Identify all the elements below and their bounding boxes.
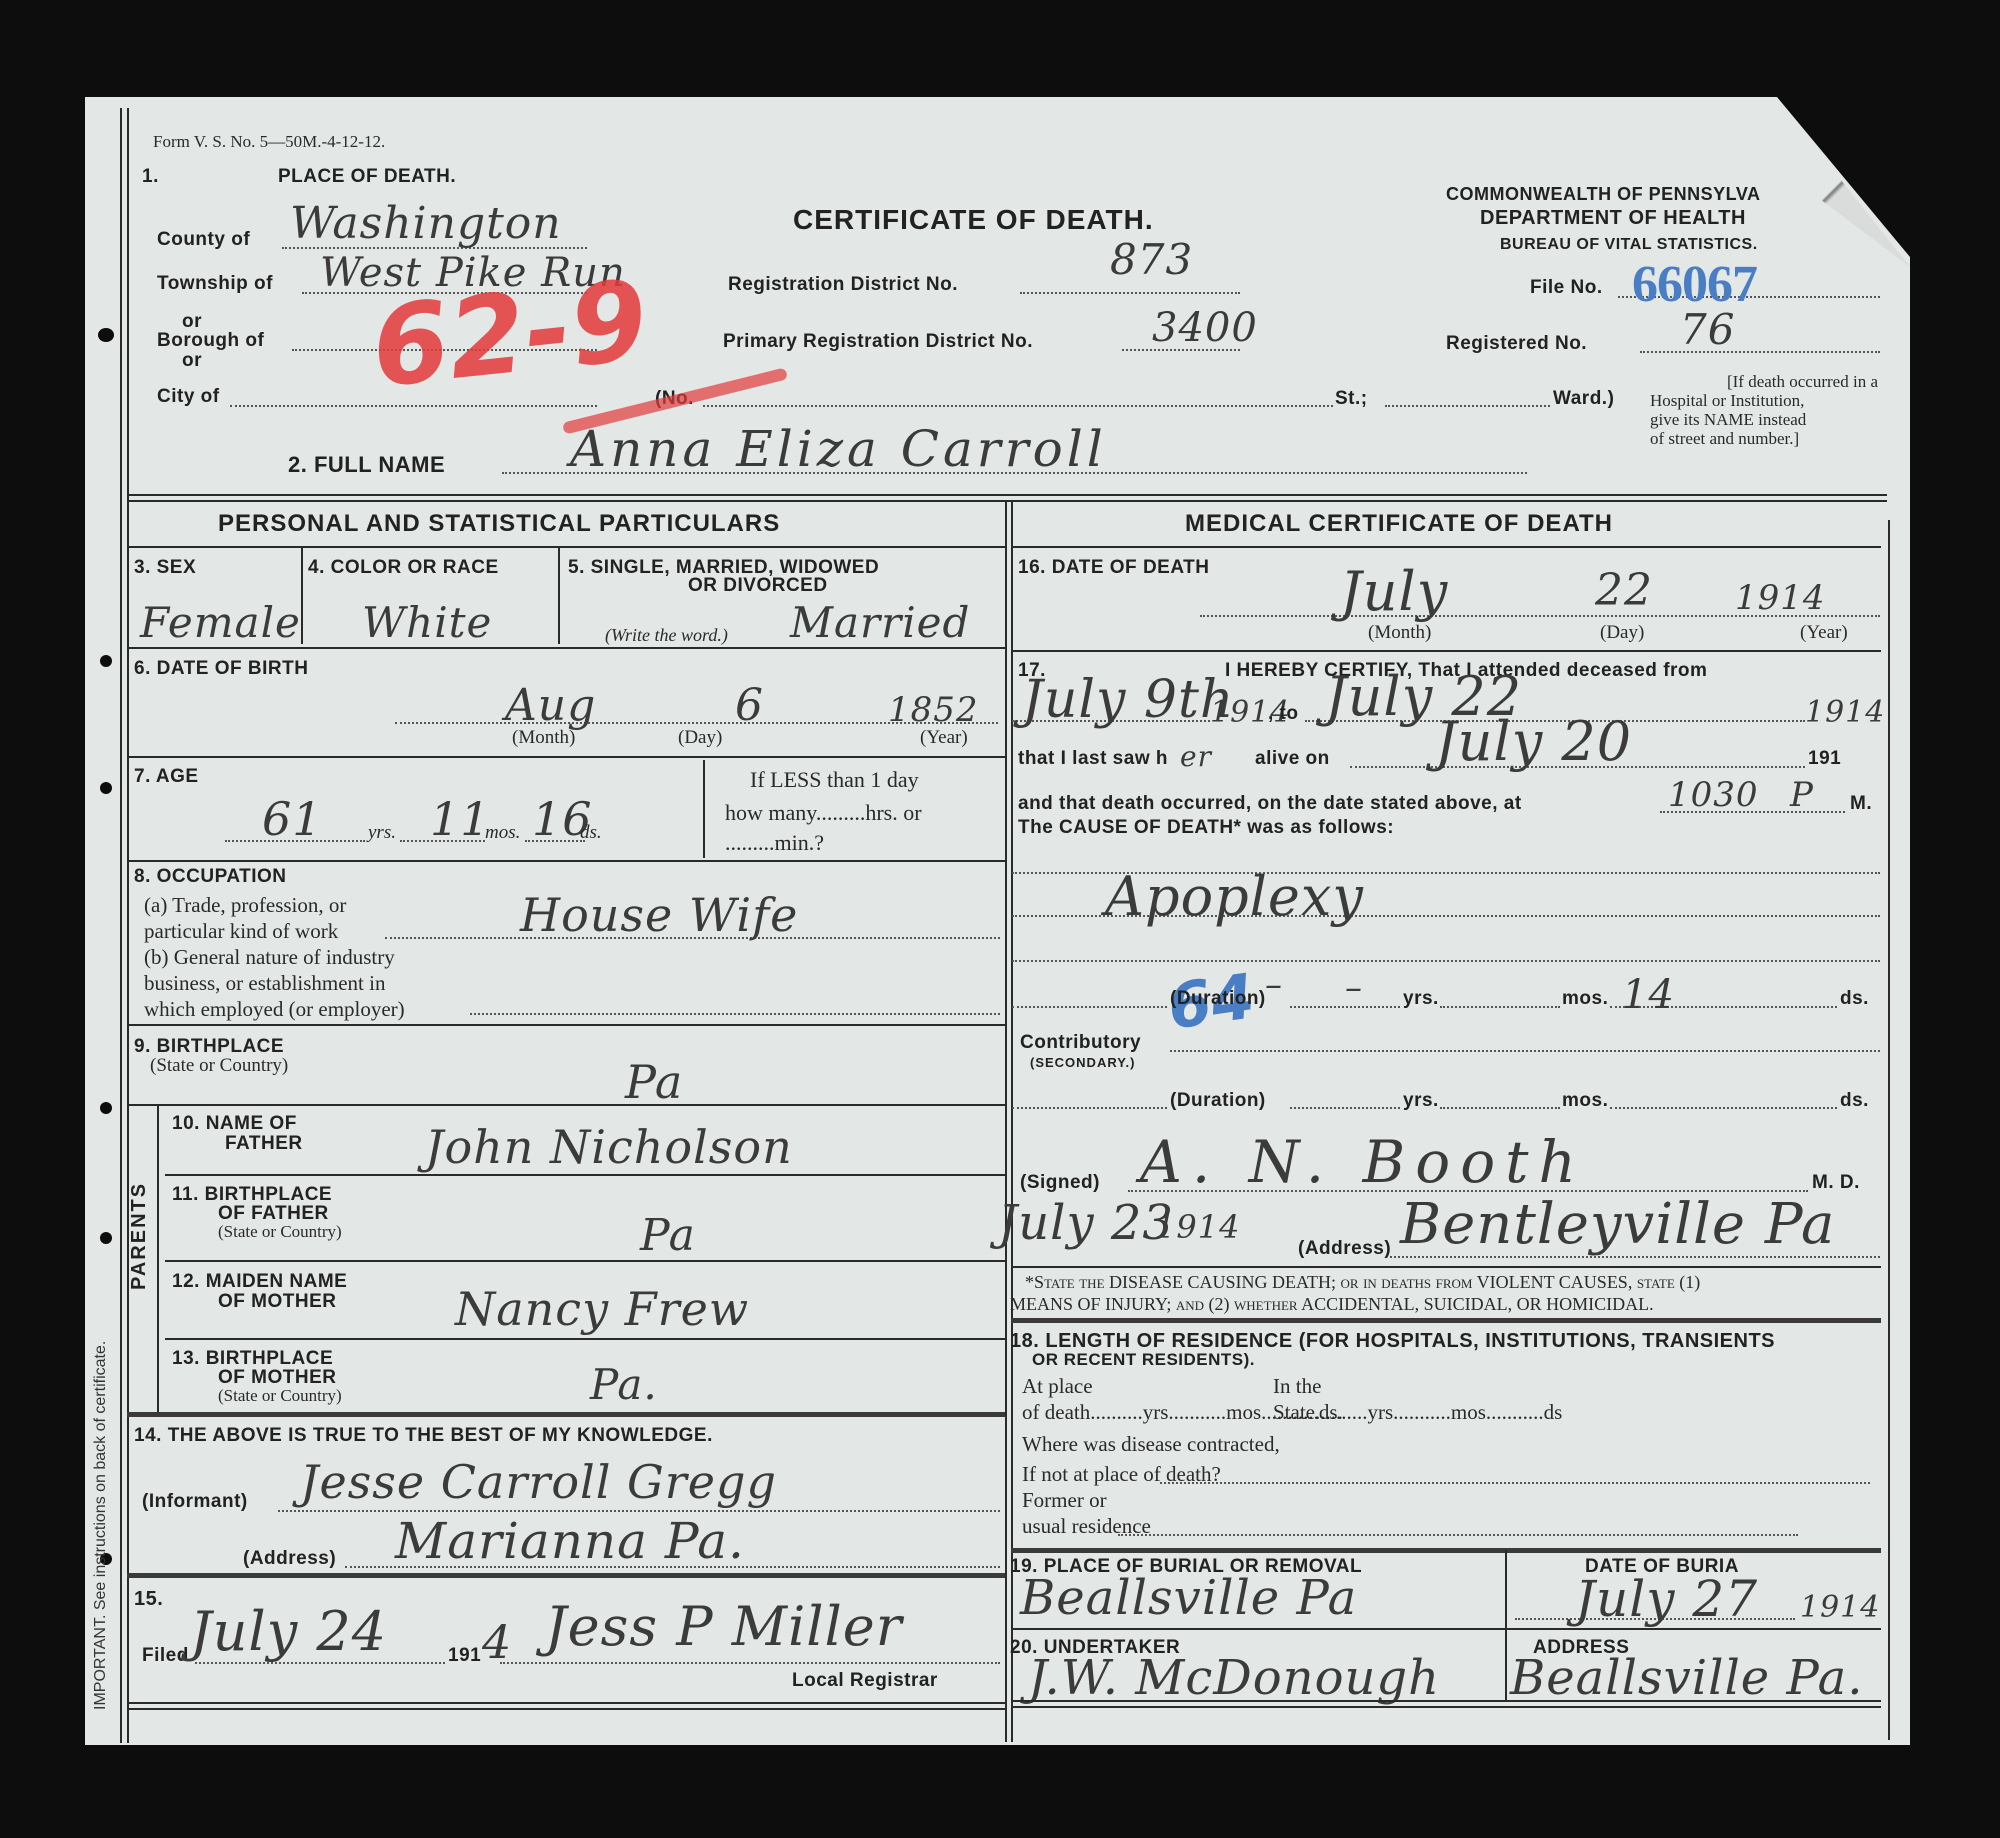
contributory-line — [1170, 1050, 1880, 1052]
divider — [301, 548, 303, 644]
divider — [127, 647, 1005, 649]
age-years[interactable]: 61 — [262, 792, 323, 846]
dod-label: 16. DATE OF DEATH — [1018, 557, 1209, 579]
undertaker-name[interactable]: J.W. McDonough — [1028, 1650, 1440, 1706]
informant-label: (Informant) — [142, 1491, 248, 1513]
death-time[interactable]: 1030 — [1668, 775, 1759, 815]
residence-label-2: OR RECENT RESIDENTS). — [1032, 1350, 1255, 1370]
less-day-3: .........min.? — [725, 830, 824, 856]
parents-divider — [157, 1104, 159, 1414]
signed-label: (Signed) — [1020, 1172, 1100, 1194]
age-label: 7. AGE — [134, 766, 199, 788]
state-country-hint: (State or Country) — [218, 1222, 342, 1242]
burial-date[interactable]: July 27 — [1575, 1570, 1758, 1628]
day-hint: (Day) — [1600, 622, 1644, 644]
duration-label: (Duration) — [1170, 988, 1266, 1010]
physician-signature[interactable]: A. N. Booth — [1140, 1128, 1586, 1196]
at-place-label: At place — [1022, 1374, 1093, 1399]
agency-department: DEPARTMENT OF HEALTH — [1480, 207, 1746, 230]
less-day-2: how many.........hrs. or — [725, 800, 922, 826]
registrar-line — [500, 1662, 1000, 1664]
divider — [127, 1702, 1005, 1704]
divider — [165, 1174, 1005, 1176]
agency-commonwealth: COMMONWEALTH OF PENNSYLVA — [1446, 184, 1760, 205]
marital-label-2: OR DIVORCED — [688, 575, 828, 597]
burial-year[interactable]: 1914 — [1800, 1590, 1880, 1625]
divider — [127, 1024, 1005, 1026]
marital-value[interactable]: Married — [790, 598, 970, 647]
dod-day[interactable]: 22 — [1595, 565, 1653, 616]
divider — [1011, 1700, 1881, 1702]
last-saw-pronoun[interactable]: er — [1180, 740, 1212, 773]
sex-label: 3. SEX — [134, 557, 196, 579]
divider — [127, 1573, 1005, 1578]
dob-year[interactable]: 1852 — [888, 690, 979, 730]
divider — [1011, 1548, 1881, 1553]
ward-label: Ward.) — [1553, 388, 1614, 410]
race-value[interactable]: White — [362, 598, 492, 647]
divider — [1011, 1266, 1881, 1268]
dod-year[interactable]: 1914 — [1735, 578, 1826, 618]
attended-from[interactable]: July 9th — [1022, 670, 1234, 730]
father-name[interactable]: John Nicholson — [425, 1120, 793, 1174]
divider — [1011, 1318, 1881, 1323]
divider — [127, 546, 1005, 548]
agency-bureau: BUREAU OF VITAL STATISTICS. — [1500, 236, 1758, 254]
in-state-fields[interactable]: State..........yrs...........mos........… — [1273, 1400, 1562, 1425]
margin-instructions-note: IMPORTANT. See instructions on back of c… — [92, 1341, 110, 1710]
year-hint: (Year) — [1800, 622, 1848, 644]
divider — [558, 548, 560, 644]
divider — [1011, 650, 1881, 652]
medical-section-title: MEDICAL CERTIFICATE OF DEATH — [1185, 510, 1613, 538]
month-hint: (Month) — [512, 727, 575, 749]
place-of-death-label: PLACE OF DEATH. — [278, 166, 456, 188]
undertaker-address[interactable]: Beallsville Pa. — [1510, 1650, 1863, 1706]
cause-footnote-2: MEANS OF INJURY; and (2) whether ACCIDEN… — [1010, 1294, 1654, 1315]
street-line — [703, 405, 1333, 407]
signed-year[interactable]: 1914 — [1155, 1208, 1240, 1246]
informant-address-label: (Address) — [243, 1548, 336, 1570]
primary-district-label: Primary Registration District No. — [723, 331, 1033, 353]
divider — [127, 500, 1887, 502]
secondary-label: (SECONDARY.) — [1030, 1055, 1135, 1070]
duration-mos[interactable]: – — [1345, 968, 1363, 1008]
occupation-label: 8. OCCUPATION — [134, 866, 287, 888]
mother-birthplace-value[interactable]: Pa. — [590, 1360, 658, 1409]
divider — [165, 1260, 1005, 1262]
cause-line — [1012, 960, 1880, 962]
divider — [127, 756, 1005, 758]
divider — [127, 494, 1887, 496]
physician-address[interactable]: Bentleyville Pa — [1400, 1192, 1835, 1257]
duration-mos-line — [1440, 1006, 1560, 1008]
race-label: 4. COLOR OR RACE — [308, 557, 499, 579]
cause-footnote-1: *State the DISEASE CAUSING DEATH; or in … — [1025, 1272, 1700, 1293]
signed-date[interactable]: July 23 — [998, 1195, 1174, 1251]
frame-left-outer — [120, 108, 122, 1743]
punch-hole — [98, 328, 114, 342]
divider — [703, 760, 705, 858]
mos-label: mos. — [1562, 1090, 1608, 1112]
yrs-label: yrs. — [368, 822, 396, 844]
full-name-value[interactable]: Anna Eliza Carroll — [570, 420, 1107, 478]
father-label: 10. NAME OF — [172, 1113, 297, 1135]
city-label: City of — [157, 386, 220, 408]
divider — [127, 1104, 1005, 1106]
occupation-value[interactable]: House Wife — [520, 888, 798, 942]
mos-label: mos. — [485, 822, 520, 844]
duration-label: (Duration) — [1170, 1090, 1266, 1112]
cause-label: The CAUSE OF DEATH* was as follows: — [1018, 817, 1394, 839]
street-label: St.; — [1335, 388, 1368, 410]
marital-hint: (Write the word.) — [605, 625, 728, 646]
registered-no-line — [1640, 351, 1880, 353]
punch-hole — [100, 782, 112, 794]
registration-district-value[interactable]: 873 — [1110, 235, 1193, 284]
yrs-label: yrs. — [1403, 1090, 1439, 1112]
last-saw-date[interactable]: July 20 — [1435, 710, 1632, 773]
divider — [127, 1412, 1005, 1417]
file-no-label: File No. — [1530, 277, 1603, 299]
month-hint: (Month) — [1368, 622, 1431, 644]
divider — [1505, 1550, 1507, 1702]
county-value[interactable]: Washington — [290, 198, 562, 249]
mother-label: 12. MAIDEN NAME — [172, 1271, 347, 1293]
punch-hole — [100, 1232, 112, 1244]
m-label: M. — [1850, 793, 1872, 815]
contracted-line[interactable] — [1160, 1482, 1870, 1484]
divider — [127, 1708, 1005, 1710]
registration-district-label: Registration District No. — [728, 274, 958, 296]
filed-year-prefix: 191 — [448, 1645, 481, 1667]
filing-num: 15. — [134, 1588, 163, 1611]
dob-day[interactable]: 6 — [735, 680, 764, 731]
informant-statement: 14. THE ABOVE IS TRUE TO THE BEST OF MY … — [134, 1425, 713, 1447]
ds-label: ds. — [580, 822, 602, 844]
last-saw-year: 191 — [1808, 748, 1841, 770]
dob-label: 6. DATE OF BIRTH — [134, 658, 308, 680]
death-ampm[interactable]: P — [1790, 775, 1814, 815]
attended-to-year[interactable]: 1914 — [1805, 695, 1885, 730]
former-residence-label: Former or — [1022, 1488, 1107, 1513]
filed-label: Filed — [142, 1645, 189, 1667]
frame-right — [1888, 520, 1890, 1740]
ds-label: ds. — [1840, 1090, 1869, 1112]
filed-year-suffix[interactable]: 4 — [482, 1615, 512, 1669]
last-saw-label: that I last saw h — [1018, 748, 1168, 770]
or-label: or — [182, 350, 202, 372]
burial-place[interactable]: Beallsville Pa — [1020, 1570, 1357, 1626]
dob-month[interactable]: Aug — [505, 680, 596, 731]
in-state-label: In the — [1273, 1374, 1321, 1399]
divider — [165, 1338, 1005, 1340]
physician-address-label: (Address) — [1298, 1238, 1391, 1260]
former-residence-line[interactable] — [1118, 1534, 1798, 1536]
duration-mos-line — [1440, 1107, 1560, 1109]
father-label-2: FATHER — [225, 1133, 303, 1155]
mother-label-2: OF MOTHER — [218, 1291, 337, 1313]
registrar-label: Local Registrar — [792, 1670, 938, 1692]
contracted-label: Where was disease contracted, — [1022, 1432, 1280, 1457]
to-label: , to — [1268, 703, 1299, 725]
mos-label: mos. — [1562, 988, 1608, 1010]
occupation-b-label: (b) General nature of industrybusiness, … — [144, 944, 405, 1022]
duration-ds-line — [1610, 1107, 1837, 1109]
occupation-a-label: (a) Trade, profession, orparticular kind… — [144, 892, 346, 944]
borough-label: Borough of — [157, 330, 264, 352]
mother-maiden-name[interactable]: Nancy Frew — [455, 1282, 749, 1336]
duration-yrs[interactable]: – — [1265, 965, 1283, 1005]
registered-no-label: Registered No. — [1446, 333, 1587, 355]
form-id: Form V. S. No. 5—50M.-4-12-12. — [153, 132, 385, 152]
divider — [127, 860, 1005, 862]
age-months[interactable]: 11 — [430, 792, 491, 846]
county-label: County of — [157, 229, 250, 251]
full-name-label: 2. FULL NAME — [288, 452, 445, 478]
death-time-label: and that death occurred, on the date sta… — [1018, 793, 1522, 815]
certificate-title: CERTIFICATE OF DEATH. — [793, 204, 1154, 236]
cause-of-death[interactable]: Apoplexy — [1105, 865, 1364, 928]
dod-month[interactable]: July — [1340, 560, 1448, 623]
birthplace-value[interactable]: Pa — [625, 1055, 683, 1109]
yrs-label: yrs. — [1403, 988, 1439, 1010]
place-of-death-num: 1. — [142, 166, 159, 188]
alive-on-label: alive on — [1255, 748, 1330, 770]
ds-label: ds. — [1840, 988, 1869, 1010]
duration-yrs-line — [1290, 1107, 1400, 1109]
parents-label: PARENTS — [128, 1182, 151, 1290]
punch-hole — [100, 1102, 112, 1114]
hospital-note: [If death occurred in a Hospital or Inst… — [1650, 372, 1878, 448]
md-label: M. D. — [1812, 1172, 1860, 1194]
primary-district-value[interactable]: 3400 — [1152, 305, 1258, 351]
informant-name[interactable]: Jesse Carroll Gregg — [300, 1455, 777, 1509]
sex-value[interactable]: Female — [140, 598, 301, 647]
duration-line — [1012, 1107, 1167, 1109]
divider — [1011, 1706, 1881, 1708]
township-label: Township of — [157, 273, 273, 295]
duration-line — [1012, 1006, 1167, 1008]
industry-line — [470, 1013, 1000, 1015]
personal-section-title: PERSONAL AND STATISTICAL PARTICULARS — [218, 510, 780, 538]
divider — [1011, 546, 1881, 548]
registrar-signature[interactable]: Jess P Miller — [545, 1595, 903, 1658]
duration-ds[interactable]: 14 — [1622, 972, 1675, 1018]
day-hint: (Day) — [678, 727, 722, 749]
registered-no-value[interactable]: 76 — [1680, 305, 1735, 354]
state-country-hint: (State or Country) — [150, 1055, 288, 1077]
divider — [1011, 1628, 1881, 1630]
state-country-hint: (State or Country) — [218, 1386, 342, 1406]
punch-hole — [100, 655, 112, 667]
father-birthplace-value[interactable]: Pa — [640, 1210, 696, 1261]
informant-address[interactable]: Marianna Pa. — [395, 1512, 745, 1570]
frame-left-inner — [127, 108, 129, 1743]
filed-date[interactable]: July 24 — [190, 1600, 387, 1663]
ward-line — [1385, 405, 1550, 407]
column-divider — [1005, 502, 1007, 1742]
contributory-label: Contributory — [1020, 1032, 1141, 1054]
registration-district-line — [1020, 292, 1240, 294]
less-day-1: If LESS than 1 day — [750, 767, 919, 793]
year-hint: (Year) — [920, 727, 968, 749]
